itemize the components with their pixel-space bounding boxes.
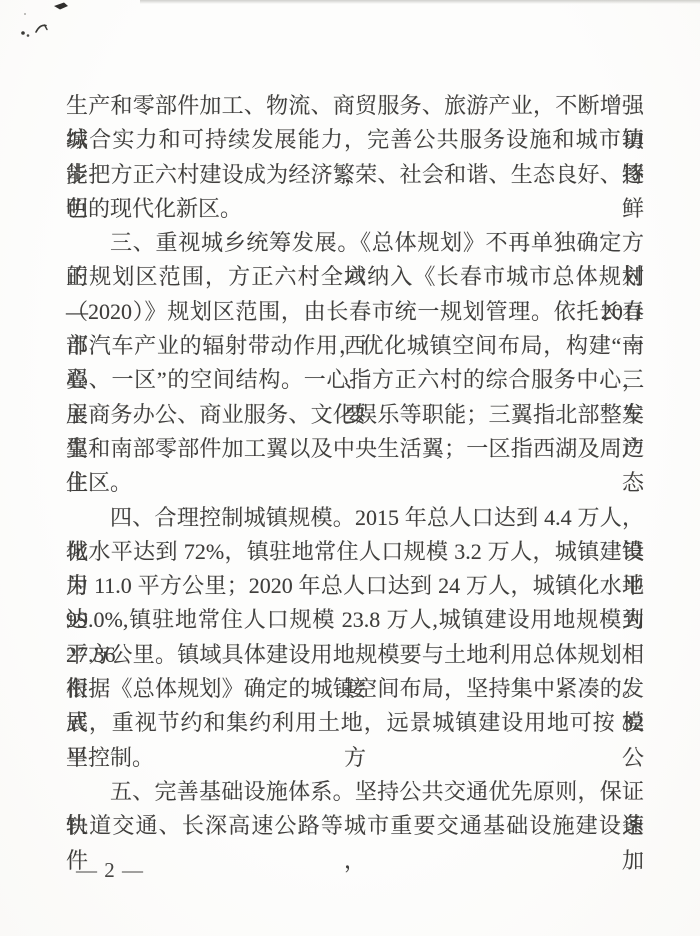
text-line: 化水平达到 72%，镇驻地常住人口规模 3.2 万人，城镇建设用地 (66, 535, 644, 569)
text-line: 翼、一区”的空间结构。一心指方正六村的综合服务中心，主要发 (66, 363, 644, 397)
page-number: — 2 — (76, 858, 144, 883)
text-line: 展商务办公、商业服务、文化娱乐等职能；三翼指北部整车生产 (66, 398, 644, 432)
ink-scribble-mark (15, 0, 85, 45)
ink-arrow-blob-mark (54, 3, 68, 10)
ink-dot-mark (24, 13, 26, 15)
text-line: 步把方正六村建设成为经济繁荣、社会和谐、生态良好、特色鲜 (66, 158, 644, 192)
text-line: 部汽车产业的辐射带动作用，优化城镇空间布局，构建“一心、三 (66, 329, 644, 363)
ink-dot-mark (27, 34, 30, 37)
text-line: 轨道交通、长深高速公路等城市重要交通基础设施建设条件，加 (66, 809, 644, 843)
text-line paragraph-start: 三、重视城乡统筹发展。《总体规划》不再单独确定方正六村 (66, 226, 644, 260)
document-body: 生产和零部件加工、物流、商贸服务、旅游产业，不断增强城镇 综合实力和可持续发展能… (66, 89, 644, 844)
text-line: 99.0%,镇驻地常住人口规模 23.8 万人,城镇建设用地规模为 27.36 (66, 603, 644, 637)
text-line: 生产和零部件加工、物流、商贸服务、旅游产业，不断增强城镇 (66, 89, 644, 123)
text-line: 式，重视节约和集约利用土地，远景城镇建设用地可按 32 平方公 (66, 706, 644, 740)
text-line: 为 11.0 平方公里；2020 年总人口达到 24 万人，城镇化水平达到 (66, 569, 644, 603)
text-line: 平方公里。镇域具体建设用地规模要与土地利用总体规划相衔接。 (66, 638, 644, 672)
text-line: 综合实力和可持续发展能力，完善公共服务设施和城市功能，逐 (66, 123, 644, 157)
text-line paragraph-start: 四、合理控制城镇规模。2015 年总人口达到 4.4 万人，城镇 (66, 501, 644, 535)
scanned-document-page: 生产和零部件加工、物流、商贸服务、旅游产业，不断增强城镇 综合实力和可持续发展能… (0, 0, 700, 936)
top-edge-scan-streak (140, 0, 700, 4)
text-line: —2020）》规划区范围，由长春市统一规划管理。依托长春市西南 (66, 295, 644, 329)
text-line: 翼和南部零部件加工翼以及中央生活翼；一区指西湖及周边生态 (66, 432, 644, 466)
text-line: 根据《总体规划》确定的城镇空间布局，坚持集中紧凑的发展模 (66, 672, 644, 706)
text-line paragraph-start: 五、完善基础设施体系。坚持公共交通优先原则，保证快速 (66, 775, 644, 809)
text-line: 的规划区范围，方正六村全域纳入《长春市城市总体规划（2011 (66, 260, 644, 294)
ink-dot-mark (21, 31, 25, 35)
